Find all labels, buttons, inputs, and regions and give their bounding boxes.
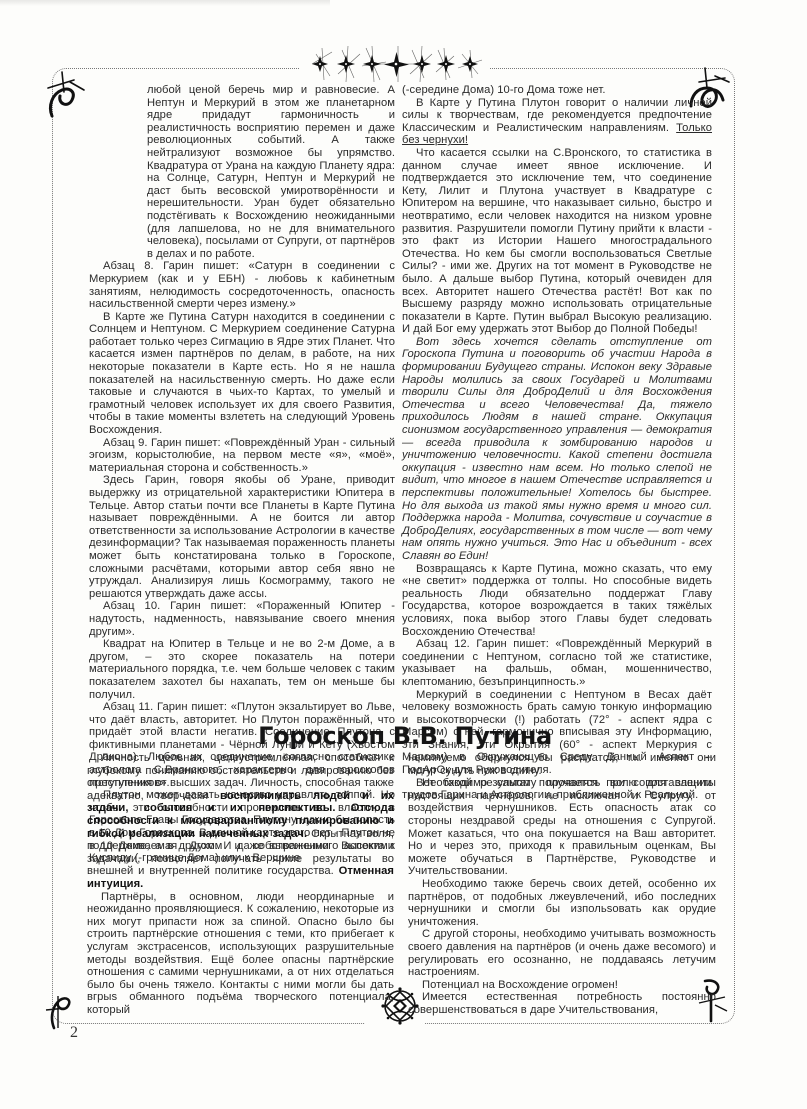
paragraph: Абзац 10. Гарин пишет: «Пораженный Юпите…: [89, 600, 395, 638]
paragraph: Абзац 8. Гарин пишет: «Сатурн в соединен…: [89, 260, 395, 310]
paragraph: Потенциал на Восхождение огромен!: [408, 979, 716, 992]
paragraph: В Карте же Путина Сатурн находится в сое…: [89, 311, 395, 437]
stars-garland-icon: [302, 44, 490, 84]
paragraph: любой ценой беречь мир и равновесие. А Н…: [89, 84, 395, 260]
flourish-top-left-icon: [44, 68, 88, 118]
paragraph: Абзац 9. Гарин пишет: «Повреждённый Уран…: [89, 437, 395, 475]
scan-edge: [0, 0, 330, 6]
paragraph: Личность цельная, целеустремлённая, спос…: [87, 752, 394, 891]
paragraph: Партнёры, в основном, люди неординарные …: [87, 891, 394, 1017]
paragraph: Квадрат на Юпитер в Тельце и не во 2-м Д…: [89, 638, 395, 701]
paragraph: (-середине Дома) 10-го Дома тоже нет.: [402, 84, 712, 97]
italic-digression-paragraph: Вот здесь хочется сделать отступление от…: [402, 336, 712, 563]
paragraph: Что касается ссылки на С.Вронского, то с…: [402, 147, 712, 336]
paragraph: В Карте у Путина Плутон говорит о наличи…: [402, 97, 712, 147]
paragraph: Абзац 12. Гарин пишет: «Повреждённый Мер…: [402, 638, 712, 688]
paragraph: Имеется естественная потребность постоян…: [408, 991, 716, 1016]
paragraph: неминуемо обернулся бы расплатой, т.к. и…: [408, 752, 716, 777]
section-title: Гороскоп В.В. Путина: [240, 722, 570, 750]
page-number: 2: [70, 1024, 78, 1042]
article-column-top-right: (-середине Дома) 10-го Дома тоже нет. В …: [402, 84, 712, 802]
paragraph: С другой стороны, необходимо учитывать в…: [408, 928, 716, 978]
paragraph: Возвращаясь к Карте Путина, можно сказат…: [402, 563, 712, 639]
paragraph: Необходимо самому проявлять волю для защ…: [408, 777, 716, 878]
paragraph-text: В Карте у Путина Плутон говорит о наличи…: [402, 97, 712, 134]
paragraph: Необходимо также беречь своих детей, осо…: [408, 878, 716, 928]
paragraph: Здесь Гарин, говоря якобы об Уране, прив…: [89, 474, 395, 600]
horoscope-column-left: Личность цельная, целеустремлённая, спос…: [87, 752, 394, 1016]
horoscope-column-right: неминуемо обернулся бы расплатой, т.к. и…: [408, 752, 716, 1016]
